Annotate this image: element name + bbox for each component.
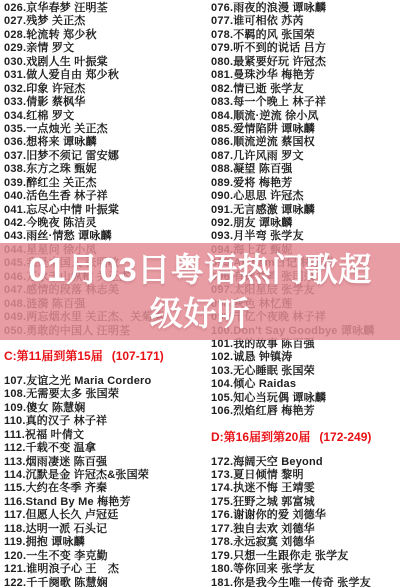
song-list-item: 114.沉默是金 许冠杰&张国荣	[4, 469, 206, 482]
song-list-item: 177.独自去欢 刘德华	[211, 523, 400, 536]
song-list-item: 089.爱将 梅艳芳	[211, 177, 400, 190]
song-list-item: 043.雨丝·情愁 谭咏麟	[4, 230, 206, 243]
song-list-item: 080.最紧要好玩 许冠杰	[211, 56, 400, 69]
song-list-item: 108.无需要太多 张国荣	[4, 388, 206, 401]
song-list-item: 092.朋友 谭咏麟	[211, 217, 400, 230]
song-list-item: 121.谁明浪子心 王 杰	[4, 563, 206, 576]
song-list-item: 106.烈焰红唇 梅艳芳	[211, 405, 400, 418]
song-list-item: 107.友谊之光 Maria Cordero	[4, 375, 206, 388]
section-header-c-range: (107-171)	[112, 349, 164, 363]
song-list-item: 033.倩影 蔡枫华	[4, 96, 206, 109]
song-list-item: 088.凝望 陈百强	[211, 163, 400, 176]
song-list-item: 093.月半弯 张学友	[211, 230, 400, 243]
overlay-title-line2: 级好听	[150, 292, 251, 336]
song-list-item: 083.每一个晚上 林子祥	[211, 96, 400, 109]
song-list-item: 031.做人爱自由 郑少秋	[4, 69, 206, 82]
song-list-item: 039.醉红尘 关正杰	[4, 177, 206, 190]
song-list-item: 082.情已逝 张学友	[211, 83, 400, 96]
song-list-item: 111.祝福 叶倩文	[4, 429, 206, 442]
song-list-item: 081.曼珠沙华 梅艳芳	[211, 69, 400, 82]
song-list-item: 113.烟雨凄迷 陈百强	[4, 456, 206, 469]
song-list-item: 173.夏日倾情 黎明	[211, 469, 400, 482]
song-list-item: 105.知心当玩偶 谭咏麟	[211, 392, 400, 405]
section-header-d: D:第16届到第20届(172-249)	[211, 430, 400, 445]
song-list-item: 176.谢谢你的爱 刘德华	[211, 509, 400, 522]
section-header-c: C:第11届到第15届(107-171)	[4, 349, 206, 364]
song-list-item: 079.听不到的说话 吕方	[211, 42, 400, 55]
song-list-item: 181.你是我今生唯一传奇 张学友	[211, 577, 400, 587]
song-list-item: 122.千千阕歌 陈慧娴	[4, 577, 206, 587]
song-list-item: 119.拥抱 谭咏麟	[4, 536, 206, 549]
song-list-item: 028.轮流转 郑少秋	[4, 29, 206, 42]
song-list-section-d: 172.海阔天空 Beyond173.夏日倾情 黎明174.执迷不悔 王靖雯17…	[211, 456, 400, 587]
song-list-item: 084.顺流·逆流 徐小凤	[211, 110, 400, 123]
song-list-item: 117.但愿人长久 卢冠廷	[4, 509, 206, 522]
song-list-item: 078.不羁的风 张国荣	[211, 29, 400, 42]
song-list-item: 110.真的汉子 林子祥	[4, 415, 206, 428]
song-list-item: 035.一点烛光 关正杰	[4, 123, 206, 136]
song-list-section-b2: 076.雨夜的浪漫 谭咏麟077.谁可相依 苏芮078.不羁的风 张国荣079.…	[211, 2, 400, 419]
song-list-item: 178.永远寂寞 刘德华	[211, 536, 400, 549]
song-list-item: 091.无言感激 谭咏麟	[211, 204, 400, 217]
song-list-page: 026.京华春梦 汪明荃027.残梦 关正杰028.轮流转 郑少秋029.亲情 …	[0, 0, 400, 587]
title-overlay: 01月03日粤语热门歌超 级好听	[0, 243, 400, 340]
song-list-item: 042.今晚夜 陈洁灵	[4, 217, 206, 230]
song-list-item: 029.亲情 罗文	[4, 42, 206, 55]
song-list-item: 120.一生不变 李克勤	[4, 550, 206, 563]
song-list-item: 102.诚恳 钟镇涛	[211, 351, 400, 364]
song-list-item: 085.爱情陷阱 谭咏麟	[211, 123, 400, 136]
song-list-item: 036.想将来 谭咏麟	[4, 136, 206, 149]
song-list-item: 077.谁可相依 苏芮	[211, 15, 400, 28]
song-list-item: 116.Stand By Me 梅艳芳	[4, 496, 206, 509]
song-list-item: 109.傻女 陈慧娴	[4, 402, 206, 415]
song-list-item: 037.旧梦不须记 雷安娜	[4, 150, 206, 163]
song-list-item: 175.狂野之城 郭富城	[211, 496, 400, 509]
song-list-item: 172.海阔天空 Beyond	[211, 456, 400, 469]
song-list-item: 180.等你回来 张学友	[211, 563, 400, 576]
song-list-item: 076.雨夜的浪漫 谭咏麟	[211, 2, 400, 15]
song-list-item: 034.红棉 罗文	[4, 110, 206, 123]
song-list-item: 027.残梦 关正杰	[4, 15, 206, 28]
section-header-d-label: D:第16届到第20届	[211, 430, 310, 444]
section-header-c-label: C:第11届到第15届	[4, 349, 103, 363]
song-list-item: 041.忘尽心中情 叶振棠	[4, 204, 206, 217]
song-list-item: 104.倾心 Raidas	[211, 378, 400, 391]
song-list-item: 038.东方之珠 甄妮	[4, 163, 206, 176]
song-list-item: 040.活色生香 林子祥	[4, 190, 206, 203]
song-list-item: 179.只想一生跟你走 张学友	[211, 550, 400, 563]
song-list-item: 026.京华春梦 汪明荃	[4, 2, 206, 15]
song-list-item: 086.顺流逆流 蔡国权	[211, 136, 400, 149]
song-list-item: 087.几许风雨 罗文	[211, 150, 400, 163]
song-list-item: 118.达明一派 石头记	[4, 523, 206, 536]
section-header-d-range: (172-249)	[319, 430, 371, 444]
song-list-item: 030.戏剧人生 叶振棠	[4, 56, 206, 69]
song-list-item: 112.千载不变 温拿	[4, 442, 206, 455]
overlay-title-line1: 01月03日粤语热门歌超	[28, 248, 371, 292]
song-list-item: 103.无心睡眠 张国荣	[211, 365, 400, 378]
song-list-item: 115.大约在冬季 齐秦	[4, 482, 206, 495]
song-list-item: 090.心思思 许冠杰	[211, 190, 400, 203]
song-list-section-c: 107.友谊之光 Maria Cordero108.无需要太多 张国荣109.傻…	[4, 375, 206, 587]
song-list-item: 174.执迷不悔 王靖雯	[211, 482, 400, 495]
song-list-item: 032.印象 许冠杰	[4, 83, 206, 96]
